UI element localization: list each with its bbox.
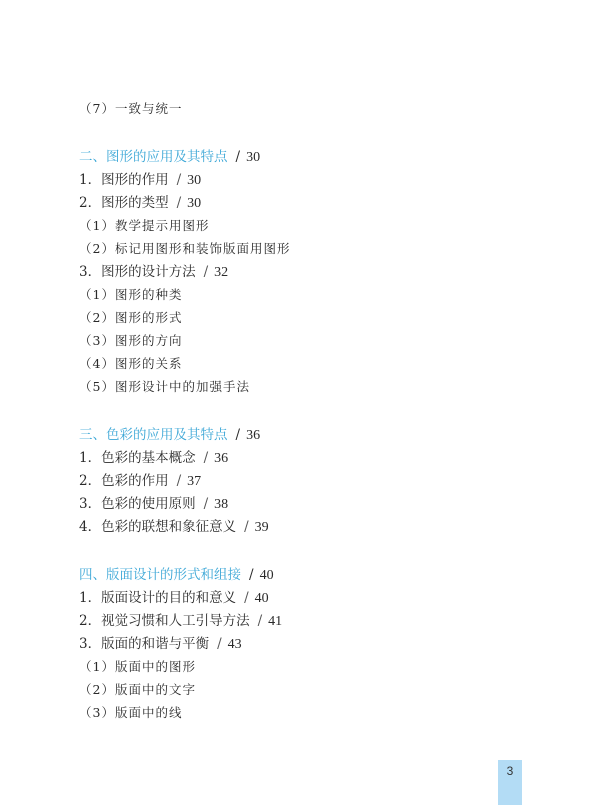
toc-separator: / <box>204 264 209 280</box>
toc-page-number: 30 <box>246 150 260 165</box>
page-number-tab: 3 <box>498 760 522 805</box>
toc-separator: / <box>204 450 209 466</box>
toc-entry-title: （2）版面中的文字 <box>79 682 196 697</box>
toc-subitem: （2）标记用图形和装饰版面用图形 <box>79 240 290 258</box>
toc-entry-title: 2．图形的类型 <box>79 195 169 211</box>
toc-page-number: 30 <box>187 196 201 211</box>
toc-entry-title: 3．版面的和谐与平衡 <box>79 636 209 652</box>
toc-separator: / <box>177 195 182 211</box>
toc-item: 2．视觉习惯和人工引导方法/41 <box>79 612 282 631</box>
toc-entry-title: 2．色彩的作用 <box>79 473 169 489</box>
toc-subitem: （1）版面中的图形 <box>79 658 196 676</box>
toc-separator: / <box>177 172 182 188</box>
toc-separator: / <box>177 473 182 489</box>
toc-entry-title: 三、色彩的应用及其特点 <box>79 427 228 443</box>
toc-separator: / <box>236 427 241 443</box>
toc-item: 1．色彩的基本概念/36 <box>79 449 228 468</box>
toc-page-number: 38 <box>214 497 228 512</box>
toc-section-heading: 三、色彩的应用及其特点/36 <box>79 426 260 445</box>
toc-entry-title: （2）图形的形式 <box>79 310 182 325</box>
toc-entry-title: （1）版面中的图形 <box>79 659 196 674</box>
toc-item: 2．图形的类型/30 <box>79 194 201 213</box>
toc-entry-title: 4．色彩的联想和象征意义 <box>79 519 236 535</box>
toc-separator: / <box>244 590 249 606</box>
page-number: 3 <box>498 760 522 778</box>
toc-page-number: 41 <box>268 614 282 629</box>
toc-entry-title: 四、版面设计的形式和组接 <box>79 567 241 583</box>
toc-page-number: 36 <box>246 428 260 443</box>
toc-entry-title: 1．图形的作用 <box>79 172 169 188</box>
toc-entry-title: （1）教学提示用图形 <box>79 218 209 233</box>
toc-page-number: 39 <box>255 520 269 535</box>
toc-entry-title: 2．视觉习惯和人工引导方法 <box>79 613 250 629</box>
toc-page-number: 40 <box>260 568 274 583</box>
toc-separator: / <box>249 567 254 583</box>
toc-item: 3．图形的设计方法/32 <box>79 263 228 282</box>
toc-subitem: （4）图形的关系 <box>79 355 182 373</box>
toc-entry-title: （5）图形设计中的加强手法 <box>79 379 250 394</box>
toc-entry-title: （2）标记用图形和装饰版面用图形 <box>79 241 290 256</box>
toc-subitem: （7）一致与统一 <box>79 100 182 118</box>
toc-section-heading: 二、图形的应用及其特点/30 <box>79 148 260 167</box>
toc-entry-title: 3．色彩的使用原则 <box>79 496 196 512</box>
toc-entry-title: 1．版面设计的目的和意义 <box>79 590 236 606</box>
toc-subitem: （1）图形的种类 <box>79 286 182 304</box>
toc-subitem: （5）图形设计中的加强手法 <box>79 378 250 396</box>
toc-entry-title: 1．色彩的基本概念 <box>79 450 196 466</box>
toc-item: 3．版面的和谐与平衡/43 <box>79 635 242 654</box>
toc-separator: / <box>236 149 241 165</box>
toc-subitem: （1）教学提示用图形 <box>79 217 209 235</box>
toc-subitem: （2）图形的形式 <box>79 309 182 327</box>
toc-entry-title: 3．图形的设计方法 <box>79 264 196 280</box>
toc-item: 2．色彩的作用/37 <box>79 472 201 491</box>
toc-entry-title: （3）图形的方向 <box>79 333 182 348</box>
toc-item: 3．色彩的使用原则/38 <box>79 495 228 514</box>
toc-subitem: （3）图形的方向 <box>79 332 182 350</box>
toc-entry-title: 二、图形的应用及其特点 <box>79 149 228 165</box>
toc-subitem: （2）版面中的文字 <box>79 681 196 699</box>
toc-section-heading: 四、版面设计的形式和组接/40 <box>79 566 274 585</box>
toc-page-number: 32 <box>214 265 228 280</box>
toc-entry-title: （4）图形的关系 <box>79 356 182 371</box>
toc-entry-title: （7）一致与统一 <box>79 101 182 116</box>
toc-separator: / <box>217 636 222 652</box>
toc-separator: / <box>258 613 263 629</box>
toc-item: 4．色彩的联想和象征意义/39 <box>79 518 269 537</box>
toc-entry-title: （3）版面中的线 <box>79 705 182 720</box>
toc-entry-title: （1）图形的种类 <box>79 287 182 302</box>
toc-subitem: （3）版面中的线 <box>79 704 182 722</box>
toc-page-number: 43 <box>228 637 242 652</box>
toc-separator: / <box>244 519 249 535</box>
toc-page-number: 37 <box>187 474 201 489</box>
toc-item: 1．版面设计的目的和意义/40 <box>79 589 269 608</box>
toc-page-number: 30 <box>187 173 201 188</box>
toc-page-number: 40 <box>255 591 269 606</box>
toc-item: 1．图形的作用/30 <box>79 171 201 190</box>
toc-page-number: 36 <box>214 451 228 466</box>
toc-separator: / <box>204 496 209 512</box>
